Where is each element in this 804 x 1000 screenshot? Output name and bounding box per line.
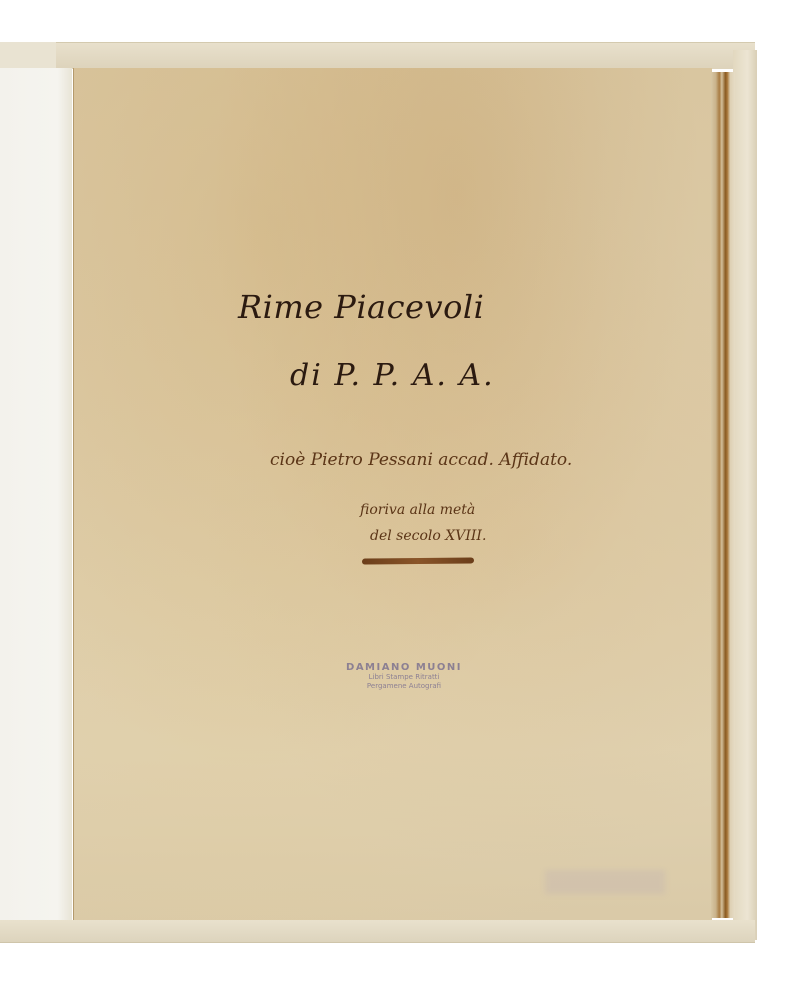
ownership-stamp: DAMIANO MUONI Libri Stampe Ritratti Perg… [334, 662, 474, 691]
left-blank-page [0, 68, 72, 921]
stamp-name: DAMIANO MUONI [334, 662, 474, 673]
folder-top-edge [0, 42, 755, 69]
stamp-line-2: Libri Stampe Ritratti [334, 673, 474, 682]
document-subtitle: di P. P. A. A. [290, 358, 495, 393]
decorative-underline [362, 557, 474, 564]
folder-right-edge [733, 50, 757, 940]
document-title: Rime Piacevoli [238, 288, 484, 326]
attribution-line: cioè Pietro Pessani accad. Affidato. [270, 450, 572, 470]
page-stack-edges [711, 72, 735, 918]
note-line-1: fioriva alla metà [360, 502, 475, 518]
note-line-2: del secolo XVIII. [370, 528, 486, 544]
manuscript-page [73, 68, 712, 920]
stamp-line-3: Pergamene Autografi [334, 682, 474, 691]
faint-stamp-mark [545, 870, 665, 894]
folder-top-left-edge [0, 42, 56, 68]
folder-bottom-edge [0, 920, 755, 943]
